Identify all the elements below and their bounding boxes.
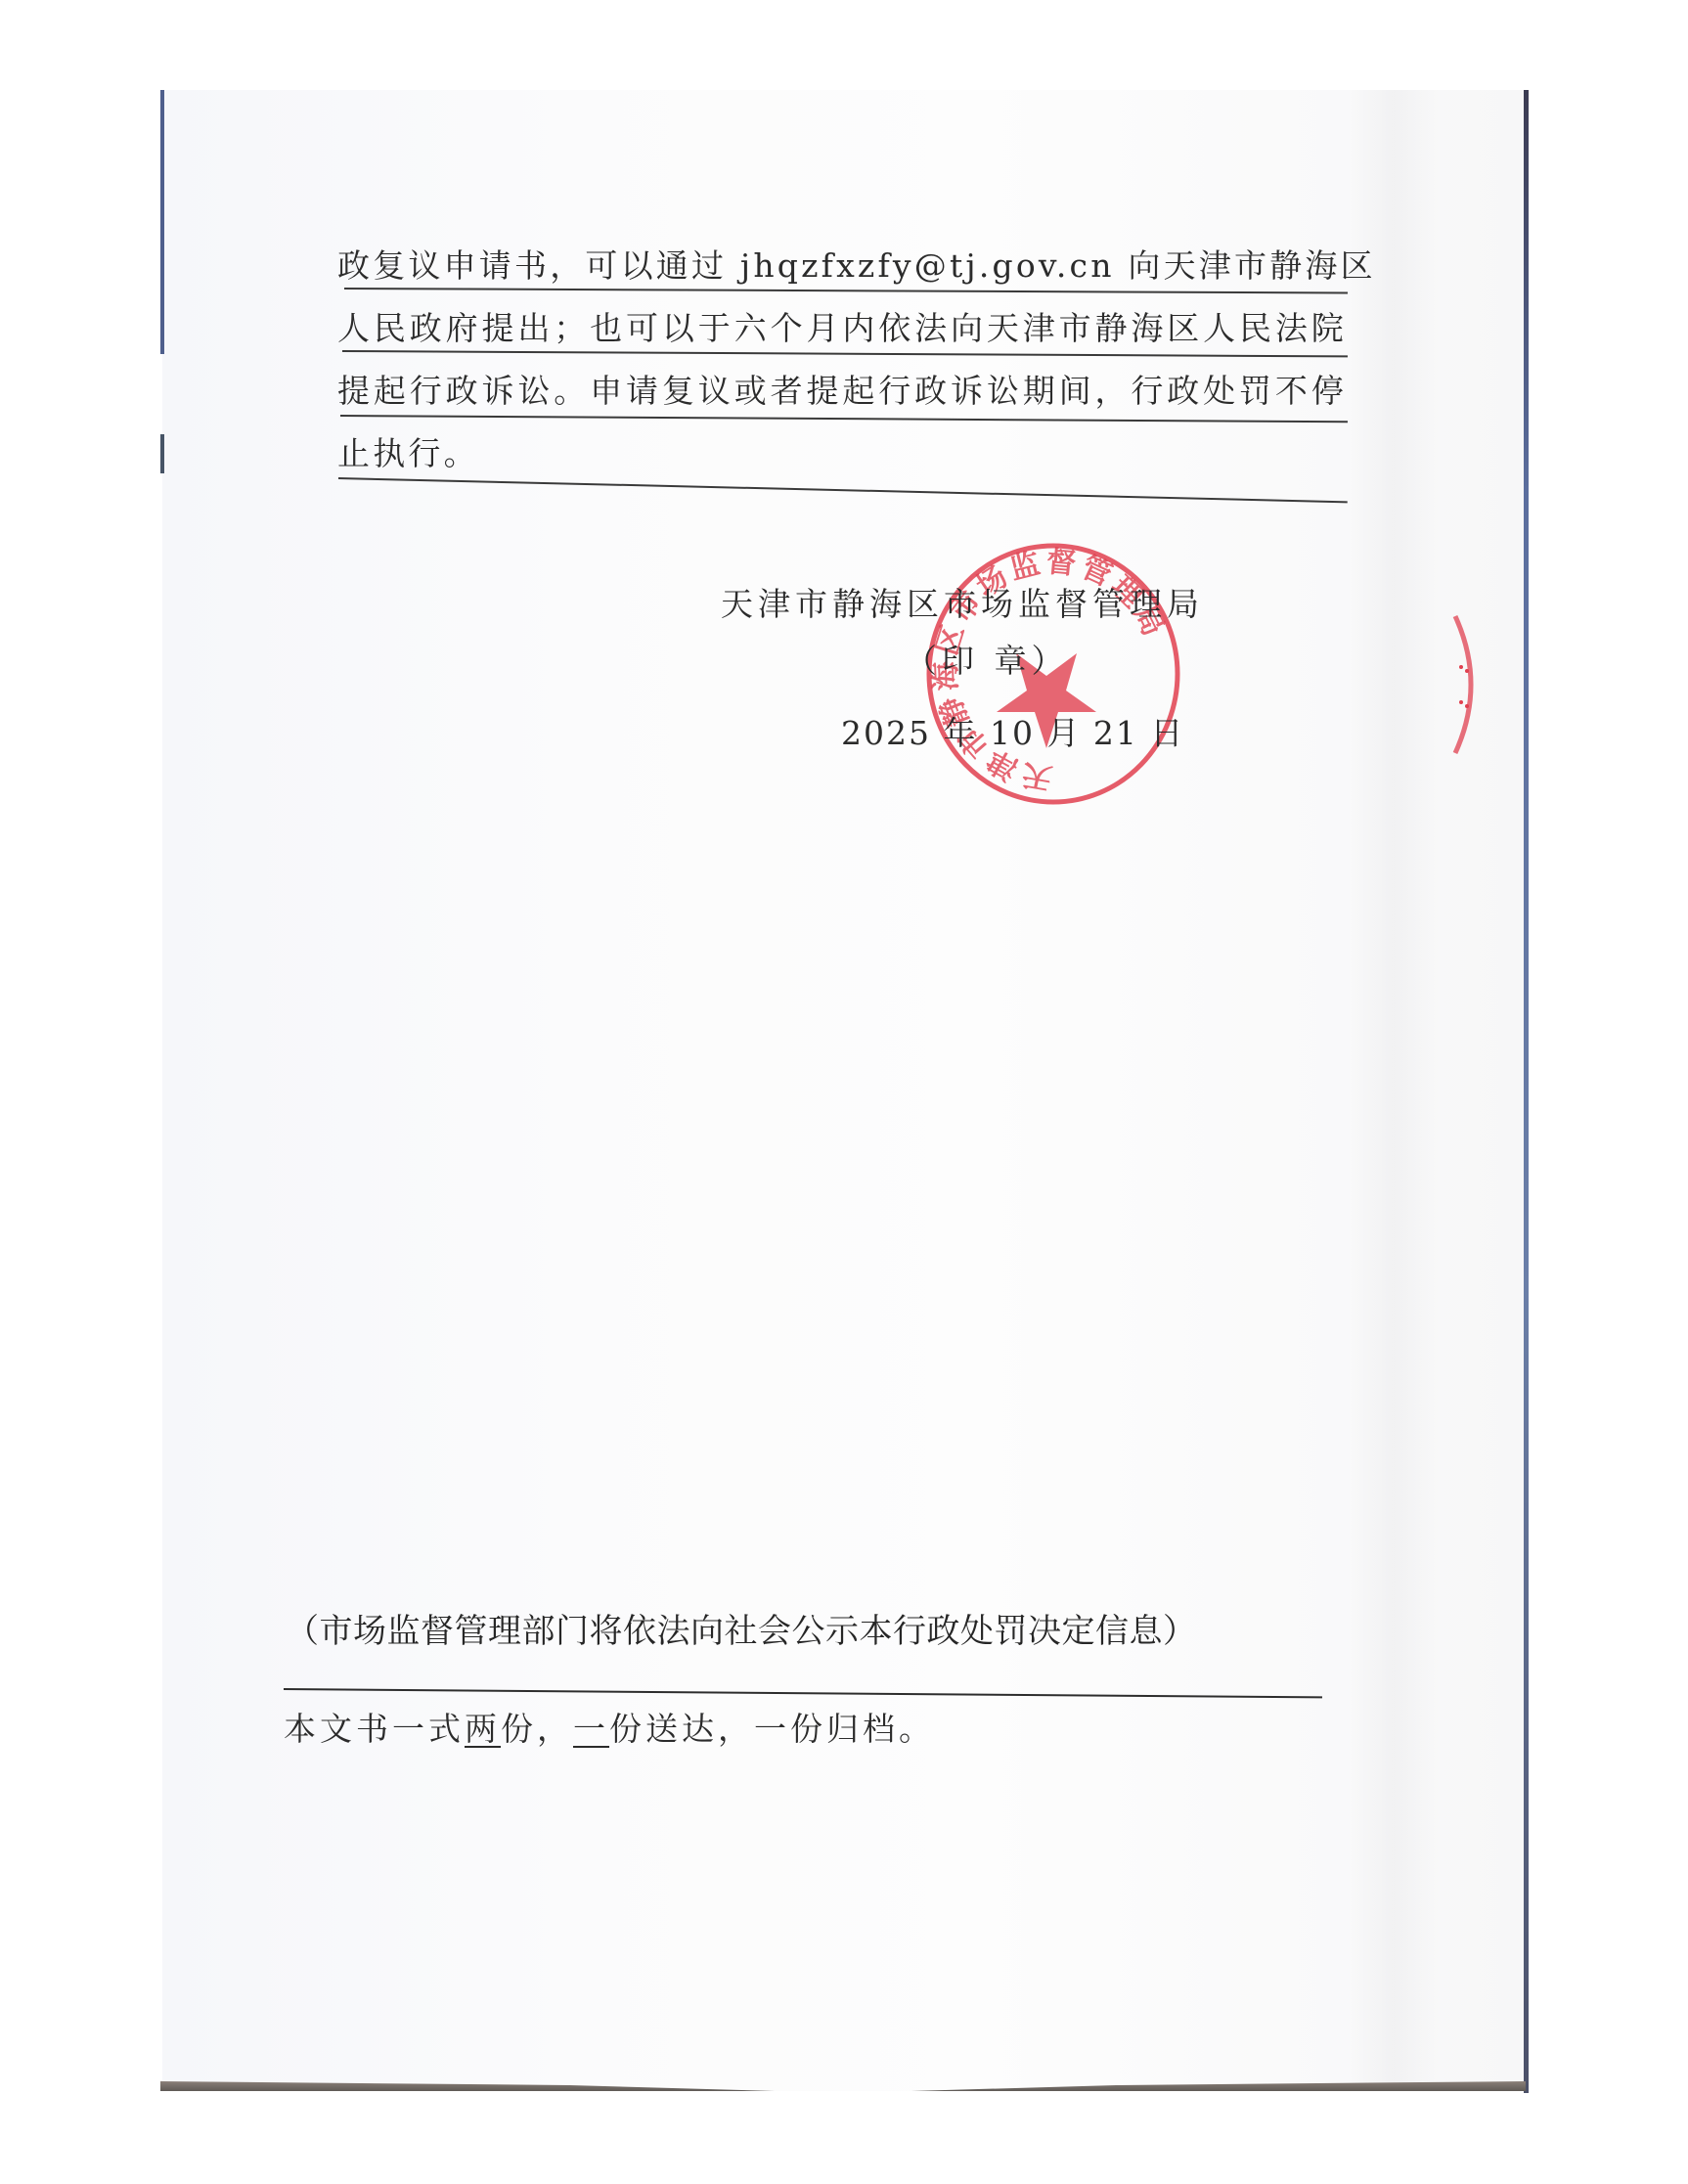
page-fold-shadow xyxy=(1350,90,1438,2091)
issue-date: 2025 年 10 月 21 日 xyxy=(841,714,1184,753)
partial-seal-stamp xyxy=(1447,606,1506,763)
public-disclosure-notice: （市场监督管理部门将依法向社会公示本行政处罚决定信息） xyxy=(286,1610,1197,1653)
copies-total: 两 xyxy=(465,1710,501,1748)
body-line-2: 人民政府提出；也可以于六个月内依法向天津市静海区人民法院 xyxy=(337,309,1347,348)
seal-label: （印 章） xyxy=(905,642,1069,681)
body-line-1: 政复议申请书，可以通过 jhqzfxzfy@tj.gov.cn 向天津市静海区 xyxy=(337,246,1347,286)
copies-mid2: 份送达，一份归档。 xyxy=(609,1710,935,1748)
page-edge-left xyxy=(160,90,164,354)
copies-statement: 本文书一式两份，一份送达，一份归档。 xyxy=(284,1708,935,1751)
copies-prefix: 本文书一式 xyxy=(284,1710,465,1748)
page-edge-right xyxy=(1524,90,1529,2093)
copies-served: 一 xyxy=(573,1710,609,1748)
issuing-authority: 天津市静海区市场监督管理局 xyxy=(721,585,1204,624)
body-line-3: 提起行政诉讼。申请复议或者提起行政诉讼期间，行政处罚不停 xyxy=(337,372,1347,411)
page-edge-mark xyxy=(160,434,164,473)
body-line-4: 止执行。 xyxy=(337,434,479,473)
copies-mid1: 份， xyxy=(501,1710,573,1748)
